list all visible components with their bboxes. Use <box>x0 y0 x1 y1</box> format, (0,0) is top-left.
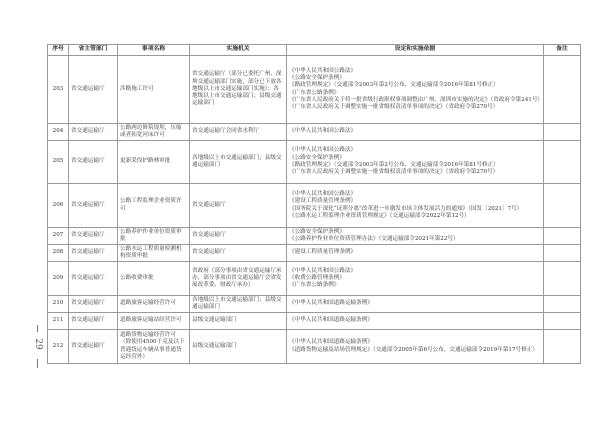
cell-item: 道路旅客运输站经营许可 <box>118 313 190 330</box>
table-row: 203 省交通运输厅 涉路施工许可 省交通运输厅（部分已委托广州、深圳交通运输部… <box>48 56 581 124</box>
cell-seq: 205 <box>48 141 69 184</box>
table-row: 210 省交通运输厅 道路旅客运输经营许可 各地级以上市交通运输部门；县级交通运… <box>48 296 581 313</box>
basis-line: 《广东省公路条例》 <box>289 90 541 97</box>
table-row: 212 省交通运输厅 道路货物运输经营许可（除使用4500千克及以下普通货运车辆… <box>48 330 581 364</box>
table-row: 204 省交通运输厅 公路两边修筑堤坝，压缩或者拓宽河床许可 省交通运输厅会同省… <box>48 124 581 141</box>
table-header-row: 序号 省主管部门 事项名称 实施机关 设定和实施依据 备注 <box>48 45 581 56</box>
basis-line: 《广东省公路条例》 <box>289 282 541 289</box>
basis-line: 《中华人民共和国公路法》 <box>289 268 541 275</box>
cell-note <box>544 184 581 228</box>
cell-seq: 208 <box>48 245 69 262</box>
header-item: 事项名称 <box>118 45 190 56</box>
cell-dept: 省交通运输厅 <box>69 124 118 141</box>
cell-seq: 211 <box>48 313 69 330</box>
cell-seq: 210 <box>48 296 69 313</box>
cell-impl: 县级交通运输部门 <box>190 313 287 330</box>
table-row: 208 省交通运输厅 公路水运工程质量检测机构资质审批 省交通运输厅 《建设工程… <box>48 245 581 262</box>
basis-line: 《国务院关于深化“证照分离”改革进一步激发市场主体发展活力的通知》（国发〔202… <box>289 206 541 213</box>
basis-line: 《公路水运工程监理企业资质管理规定》（交通运输部令2022年第12号） <box>289 213 541 220</box>
basis-line: 《公路安全保护条例》 <box>289 229 541 236</box>
cell-impl: 省交通运输厅 <box>190 184 287 228</box>
cell-note <box>544 330 581 364</box>
cell-basis: 《中华人民共和国公路法》 <box>287 124 544 141</box>
cell-impl: 省交通运输厅 <box>190 245 287 262</box>
cell-item: 公路工程监理企业资质许可 <box>118 184 190 228</box>
cell-note <box>544 228 581 245</box>
table-row: 205 省交通运输厅 更新采伐护路林审批 各地级以上市交通运输部门；县级交通运输… <box>48 141 581 184</box>
basis-line: 《中华人民共和国公路法》 <box>289 147 541 154</box>
cell-note <box>544 262 581 296</box>
cell-dept: 省交通运输厅 <box>69 313 118 330</box>
cell-impl: 各地级以上市交通运输部门；县级交通运输部门 <box>190 296 287 313</box>
basis-line: 《建设工程质量管理条例》 <box>289 198 541 205</box>
cell-item: 公路收费审批 <box>118 262 190 296</box>
header-seq: 序号 <box>48 45 69 56</box>
header-dept: 省主管部门 <box>69 45 118 56</box>
cell-seq: 212 <box>48 330 69 364</box>
basis-line: 《广东省人民政府关于将一批省级行政职权事项调整由广州、深圳市实施的决定》（省政府… <box>289 97 541 104</box>
cell-seq: 207 <box>48 228 69 245</box>
cell-note <box>544 313 581 330</box>
cell-note <box>544 296 581 313</box>
cell-item: 公路养护作业单位资质审批 <box>118 228 190 245</box>
cell-dept: 省交通运输厅 <box>69 184 118 228</box>
cell-dept: 省交通运输厅 <box>69 330 118 364</box>
cell-impl: 省交通运输厅会同省水利厅 <box>190 124 287 141</box>
basis-line: 《道路货物运输及站场管理规定》（交通部令2005年第6号公布，交通运输部令201… <box>289 347 541 354</box>
cell-dept: 省交通运输厅 <box>69 245 118 262</box>
cell-basis: 《中华人民共和国公路法》 《建设工程质量管理条例》 《国务院关于深化“证照分离”… <box>287 184 544 228</box>
cell-item: 公路两边修筑堤坝，压缩或者拓宽河床许可 <box>118 124 190 141</box>
table-row: 206 省交通运输厅 公路工程监理企业资质许可 省交通运输厅 《中华人民共和国公… <box>48 184 581 228</box>
basis-line: 《路政管理规定》（交通部令2003年第2号公布，交通运输部令2016年第81号修… <box>289 82 541 89</box>
table-row: 209 省交通运输厅 公路收费审批 省政府（部分事项由省交通运输厅承办，部分事项… <box>48 262 581 296</box>
table-row: 211 省交通运输厅 道路旅客运输站经营许可 县级交通运输部门 《中华人民共和国… <box>48 313 581 330</box>
cell-impl: 各地级以上市交通运输部门；县级交通运输部门 <box>190 141 287 184</box>
cell-dept: 省交通运输厅 <box>69 228 118 245</box>
header-basis: 设定和实施依据 <box>287 45 544 56</box>
cell-basis: 《中华人民共和国公路法》 《公路安全保护条例》 《路政管理规定》（交通部令200… <box>287 56 544 124</box>
cell-item: 道路旅客运输经营许可 <box>118 296 190 313</box>
page-number-text: 29 <box>33 336 43 352</box>
cell-basis: 《中华人民共和国道路运输条例》 《道路货物运输及站场管理规定》（交通部令2005… <box>287 330 544 364</box>
cell-impl: 省政府（部分事项由省交通运输厅承办，部分事项由省交通运输厅会省发展改革委、财政厅… <box>190 262 287 296</box>
cell-item: 道路货物运输经营许可（除使用4500千克及以下普通货运车辆从事普通货运经营外） <box>118 330 190 364</box>
basis-line: 《中华人民共和国公路法》 <box>289 68 541 75</box>
cell-impl: 县级交通运输部门 <box>190 330 287 364</box>
cell-basis: 《建设工程质量管理条例》 <box>287 245 544 262</box>
basis-line: 《公路安全保护条例》 <box>289 155 541 162</box>
administrative-items-table: 序号 省主管部门 事项名称 实施机关 设定和实施依据 备注 203 省交通运输厅… <box>47 44 581 364</box>
cell-note <box>544 124 581 141</box>
table-row: 207 省交通运输厅 公路养护作业单位资质审批 省交通运输厅 《公路安全保护条例… <box>48 228 581 245</box>
cell-basis: 《公路安全保护条例》 《公路养护作业单位资质管理办法》（交通运输部令2021年第… <box>287 228 544 245</box>
basis-line: 《广东省人民政府关于调整实施一批省级权责清单事项的决定》（省政府令第270号） <box>289 104 541 111</box>
cell-seq: 209 <box>48 262 69 296</box>
basis-line: 《中华人民共和国公路法》 <box>289 128 541 135</box>
cell-seq: 203 <box>48 56 69 124</box>
cell-item: 更新采伐护路林审批 <box>118 141 190 184</box>
basis-line: 《中华人民共和国道路运输条例》 <box>289 317 541 324</box>
cell-dept: 省交通运输厅 <box>69 262 118 296</box>
cell-seq: 204 <box>48 124 69 141</box>
cell-dept: 省交通运输厅 <box>69 56 118 124</box>
basis-line: 《公路养护作业单位资质管理办法》（交通运输部令2021年第22号） <box>289 236 541 243</box>
basis-line: 《建设工程质量管理条例》 <box>289 249 541 256</box>
cell-note <box>544 56 581 124</box>
basis-line: 《中华人民共和国道路运输条例》 <box>289 339 541 346</box>
cell-item: 公路水运工程质量检测机构资质审批 <box>118 245 190 262</box>
cell-item: 涉路施工许可 <box>118 56 190 124</box>
basis-line: 《中华人民共和国道路运输条例》 <box>289 300 541 307</box>
cell-note <box>544 245 581 262</box>
cell-basis: 《中华人民共和国道路运输条例》 <box>287 296 544 313</box>
cell-basis: 《中华人民共和国道路运输条例》 <box>287 313 544 330</box>
cell-dept: 省交通运输厅 <box>69 141 118 184</box>
cell-basis: 《中华人民共和国公路法》 《收费公路管理条例》 《广东省公路条例》 <box>287 262 544 296</box>
header-note: 备注 <box>544 45 581 56</box>
cell-seq: 206 <box>48 184 69 228</box>
page-number-dash-top <box>37 325 38 332</box>
cell-impl: 省交通运输厅（部分已委托广州、深圳交通运输部门实施，部分已下放各地级以上市交通运… <box>190 56 287 124</box>
cell-basis: 《中华人民共和国公路法》 《公路安全保护条例》 《路政管理规定》（交通部令200… <box>287 141 544 184</box>
basis-line: 《广东省人民政府关于调整实施一批省级权责清单事项的决定》（省政府令第270号） <box>289 169 541 176</box>
cell-dept: 省交通运输厅 <box>69 296 118 313</box>
cell-impl: 省交通运输厅 <box>190 228 287 245</box>
page-number-dash-bottom <box>37 359 38 368</box>
header-impl: 实施机关 <box>190 45 287 56</box>
cell-note <box>544 141 581 184</box>
